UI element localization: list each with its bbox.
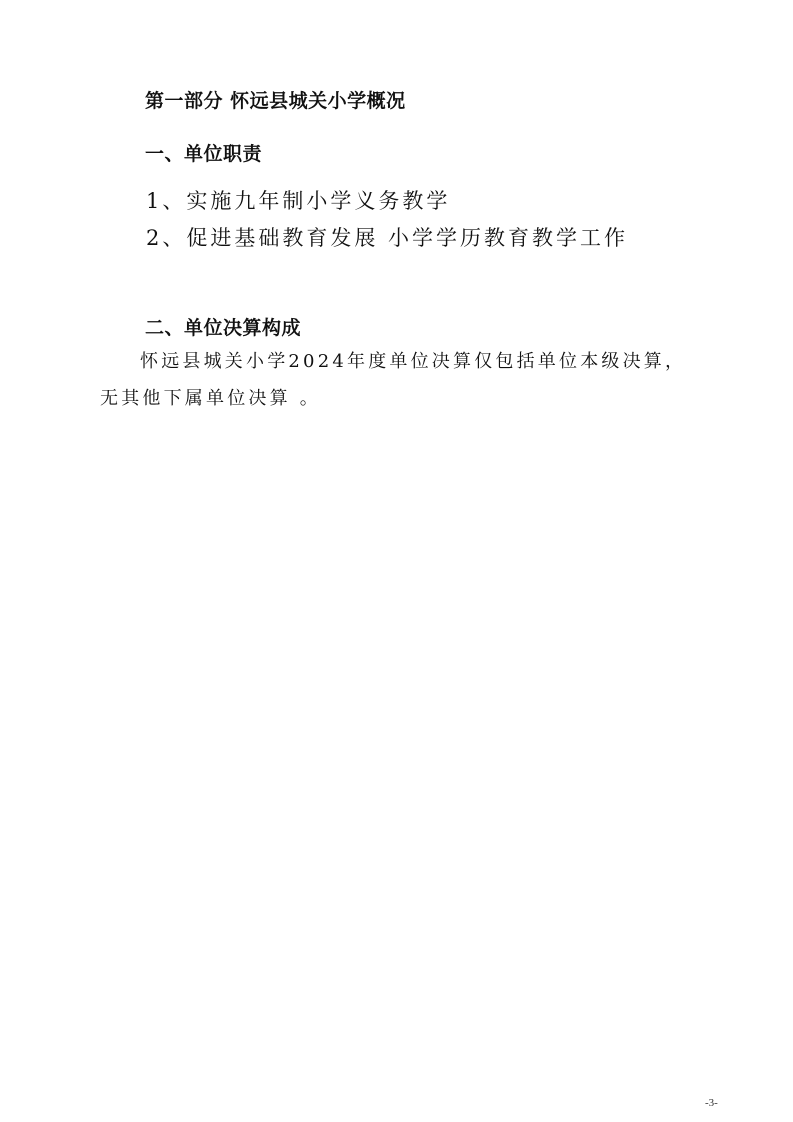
section-heading-unit-duties: 一、单位职责 bbox=[145, 139, 262, 166]
duty-item: 1、实施九年制小学义务教学 bbox=[146, 185, 450, 215]
duty-item: 2、促进基础教育发展 小学学历教育教学工作 bbox=[146, 222, 628, 252]
paragraph-line: 怀远县城关小学2024年度单位决算仅包括单位本级决算， bbox=[140, 347, 686, 373]
document-page: 第一部分 怀远县城关小学概况 一、单位职责 1、实施九年制小学义务教学 2、促进… bbox=[0, 0, 793, 1122]
paragraph-line: 无其他下属单位决算 。 bbox=[100, 384, 321, 410]
page-number: -3- bbox=[705, 1097, 718, 1109]
part-title: 第一部分 怀远县城关小学概况 bbox=[145, 86, 406, 113]
section-heading-budget-composition: 二、单位决算构成 bbox=[145, 313, 301, 340]
